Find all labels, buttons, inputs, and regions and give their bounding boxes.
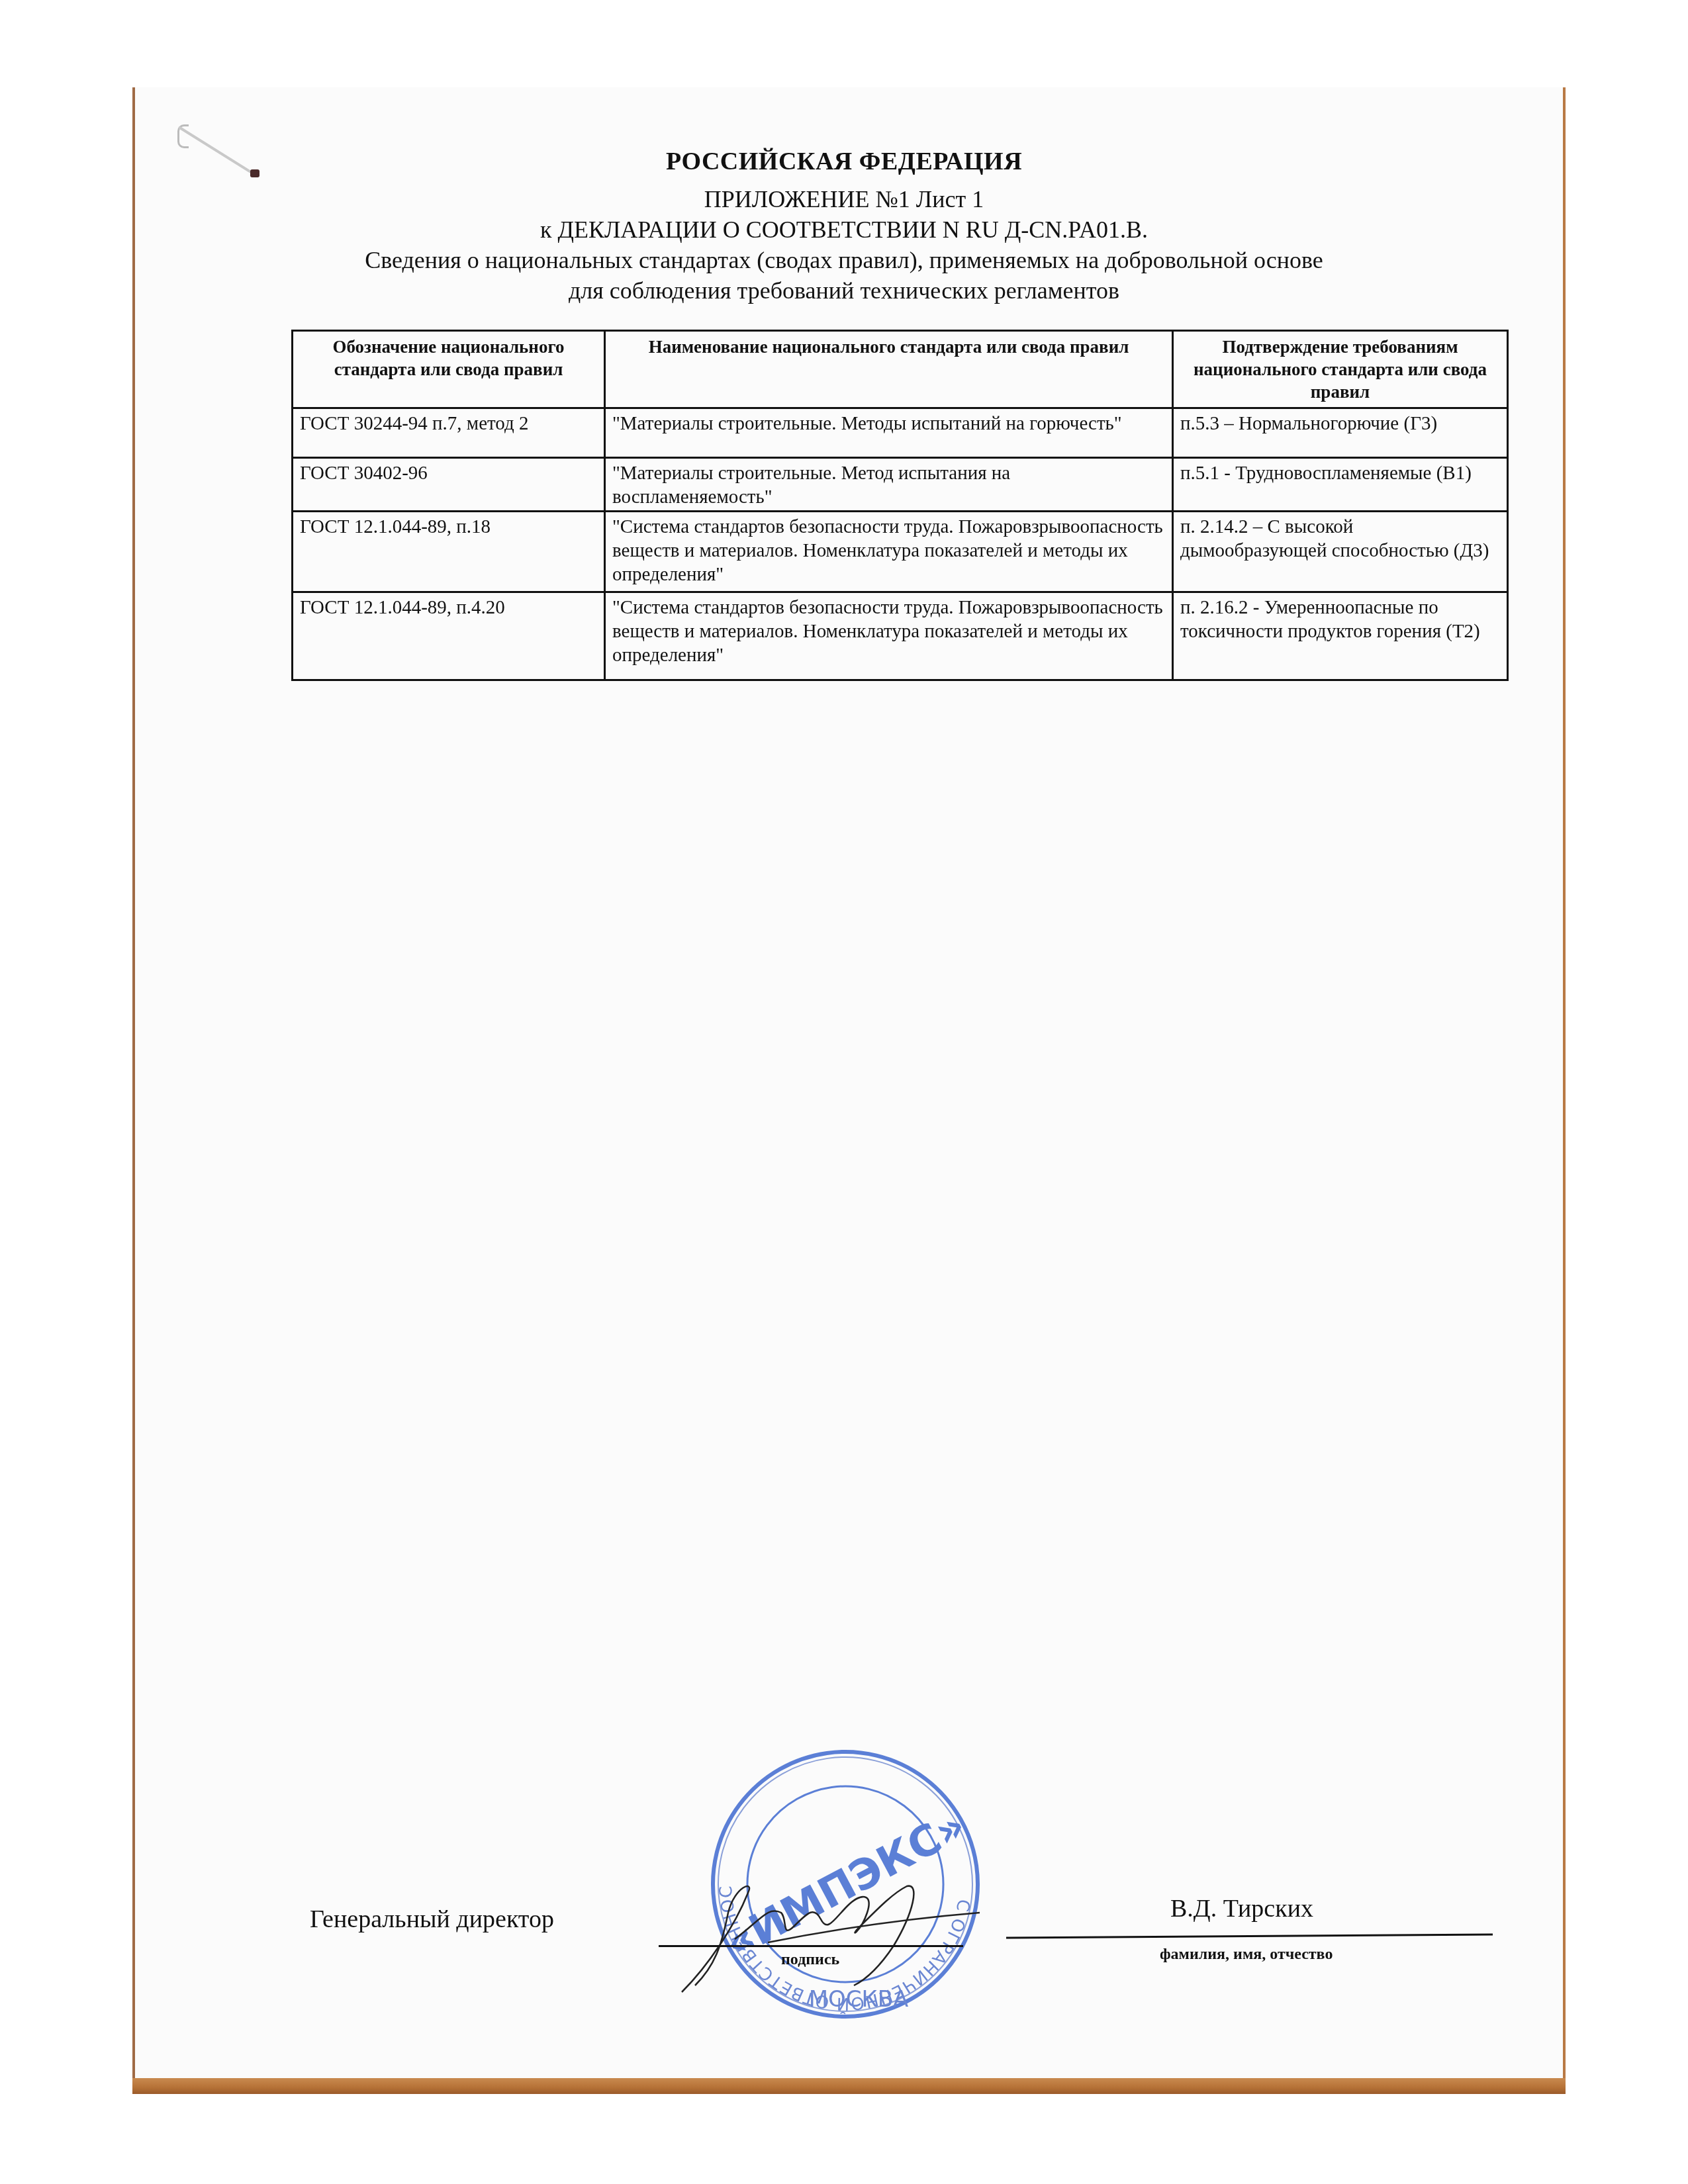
header-name: Наименование национального стандарта или…	[605, 331, 1173, 408]
name-label: фамилия, имя, отчество	[1160, 1946, 1333, 1964]
signature-label: подпись	[781, 1951, 839, 1969]
cell-name: "Материалы строительные. Методы испытани…	[605, 408, 1173, 458]
cell-name: "Система стандартов безопасности труда. …	[605, 512, 1173, 592]
table-row: ГОСТ 12.1.044-89, п.18 "Система стандарт…	[293, 512, 1508, 592]
cell-confirmation: п.5.3 – Нормальногорючие (Г3)	[1173, 408, 1508, 458]
cell-confirmation: п.5.1 - Трудновоспламеняемые (В1)	[1173, 458, 1508, 512]
signer-role: Генеральный директор	[310, 1905, 554, 1934]
cell-designation: ГОСТ 30402-96	[293, 458, 605, 512]
cell-designation: ГОСТ 30244-94 п.7, метод 2	[293, 408, 605, 458]
subtitle-line-1: Сведения о национальных стандартах (свод…	[0, 246, 1688, 274]
appendix-line: ПРИЛОЖЕНИЕ №1 Лист 1	[0, 185, 1688, 213]
cell-name: "Материалы строительные. Метод испытания…	[605, 458, 1173, 512]
header-confirmation: Подтверждение требованиям национального …	[1173, 331, 1508, 408]
wooden-surface-edge	[132, 2078, 1566, 2094]
table-row: ГОСТ 30402-96 "Материалы строительные. М…	[293, 458, 1508, 512]
cell-confirmation: п. 2.16.2 - Умеренноопасные по токсичнос…	[1173, 592, 1508, 680]
standards-table: Обозначение национального стандарта или …	[291, 330, 1509, 681]
cell-name: "Система стандартов безопасности труда. …	[605, 592, 1173, 680]
cell-designation: ГОСТ 12.1.044-89, п.4.20	[293, 592, 605, 680]
table-row: ГОСТ 12.1.044-89, п.4.20 "Система станда…	[293, 592, 1508, 680]
country-title: РОССИЙСКАЯ ФЕДЕРАЦИЯ	[0, 147, 1688, 176]
header-designation: Обозначение национального стандарта или …	[293, 331, 605, 408]
declaration-line: к ДЕКЛАРАЦИИ О СООТВЕТСТВИИ N RU Д-CN.PA…	[0, 216, 1688, 244]
handwritten-signature	[669, 1866, 986, 1999]
table-row: ГОСТ 30244-94 п.7, метод 2 "Материалы ст…	[293, 408, 1508, 458]
table-header-row: Обозначение национального стандарта или …	[293, 331, 1508, 408]
subtitle-line-2: для соблюдения требований технических ре…	[0, 277, 1688, 304]
signer-name: В.Д. Тирских	[1170, 1894, 1313, 1923]
signature-line	[659, 1945, 963, 1947]
cell-confirmation: п. 2.14.2 – С высокой дымообразующей спо…	[1173, 512, 1508, 592]
cell-designation: ГОСТ 12.1.044-89, п.18	[293, 512, 605, 592]
